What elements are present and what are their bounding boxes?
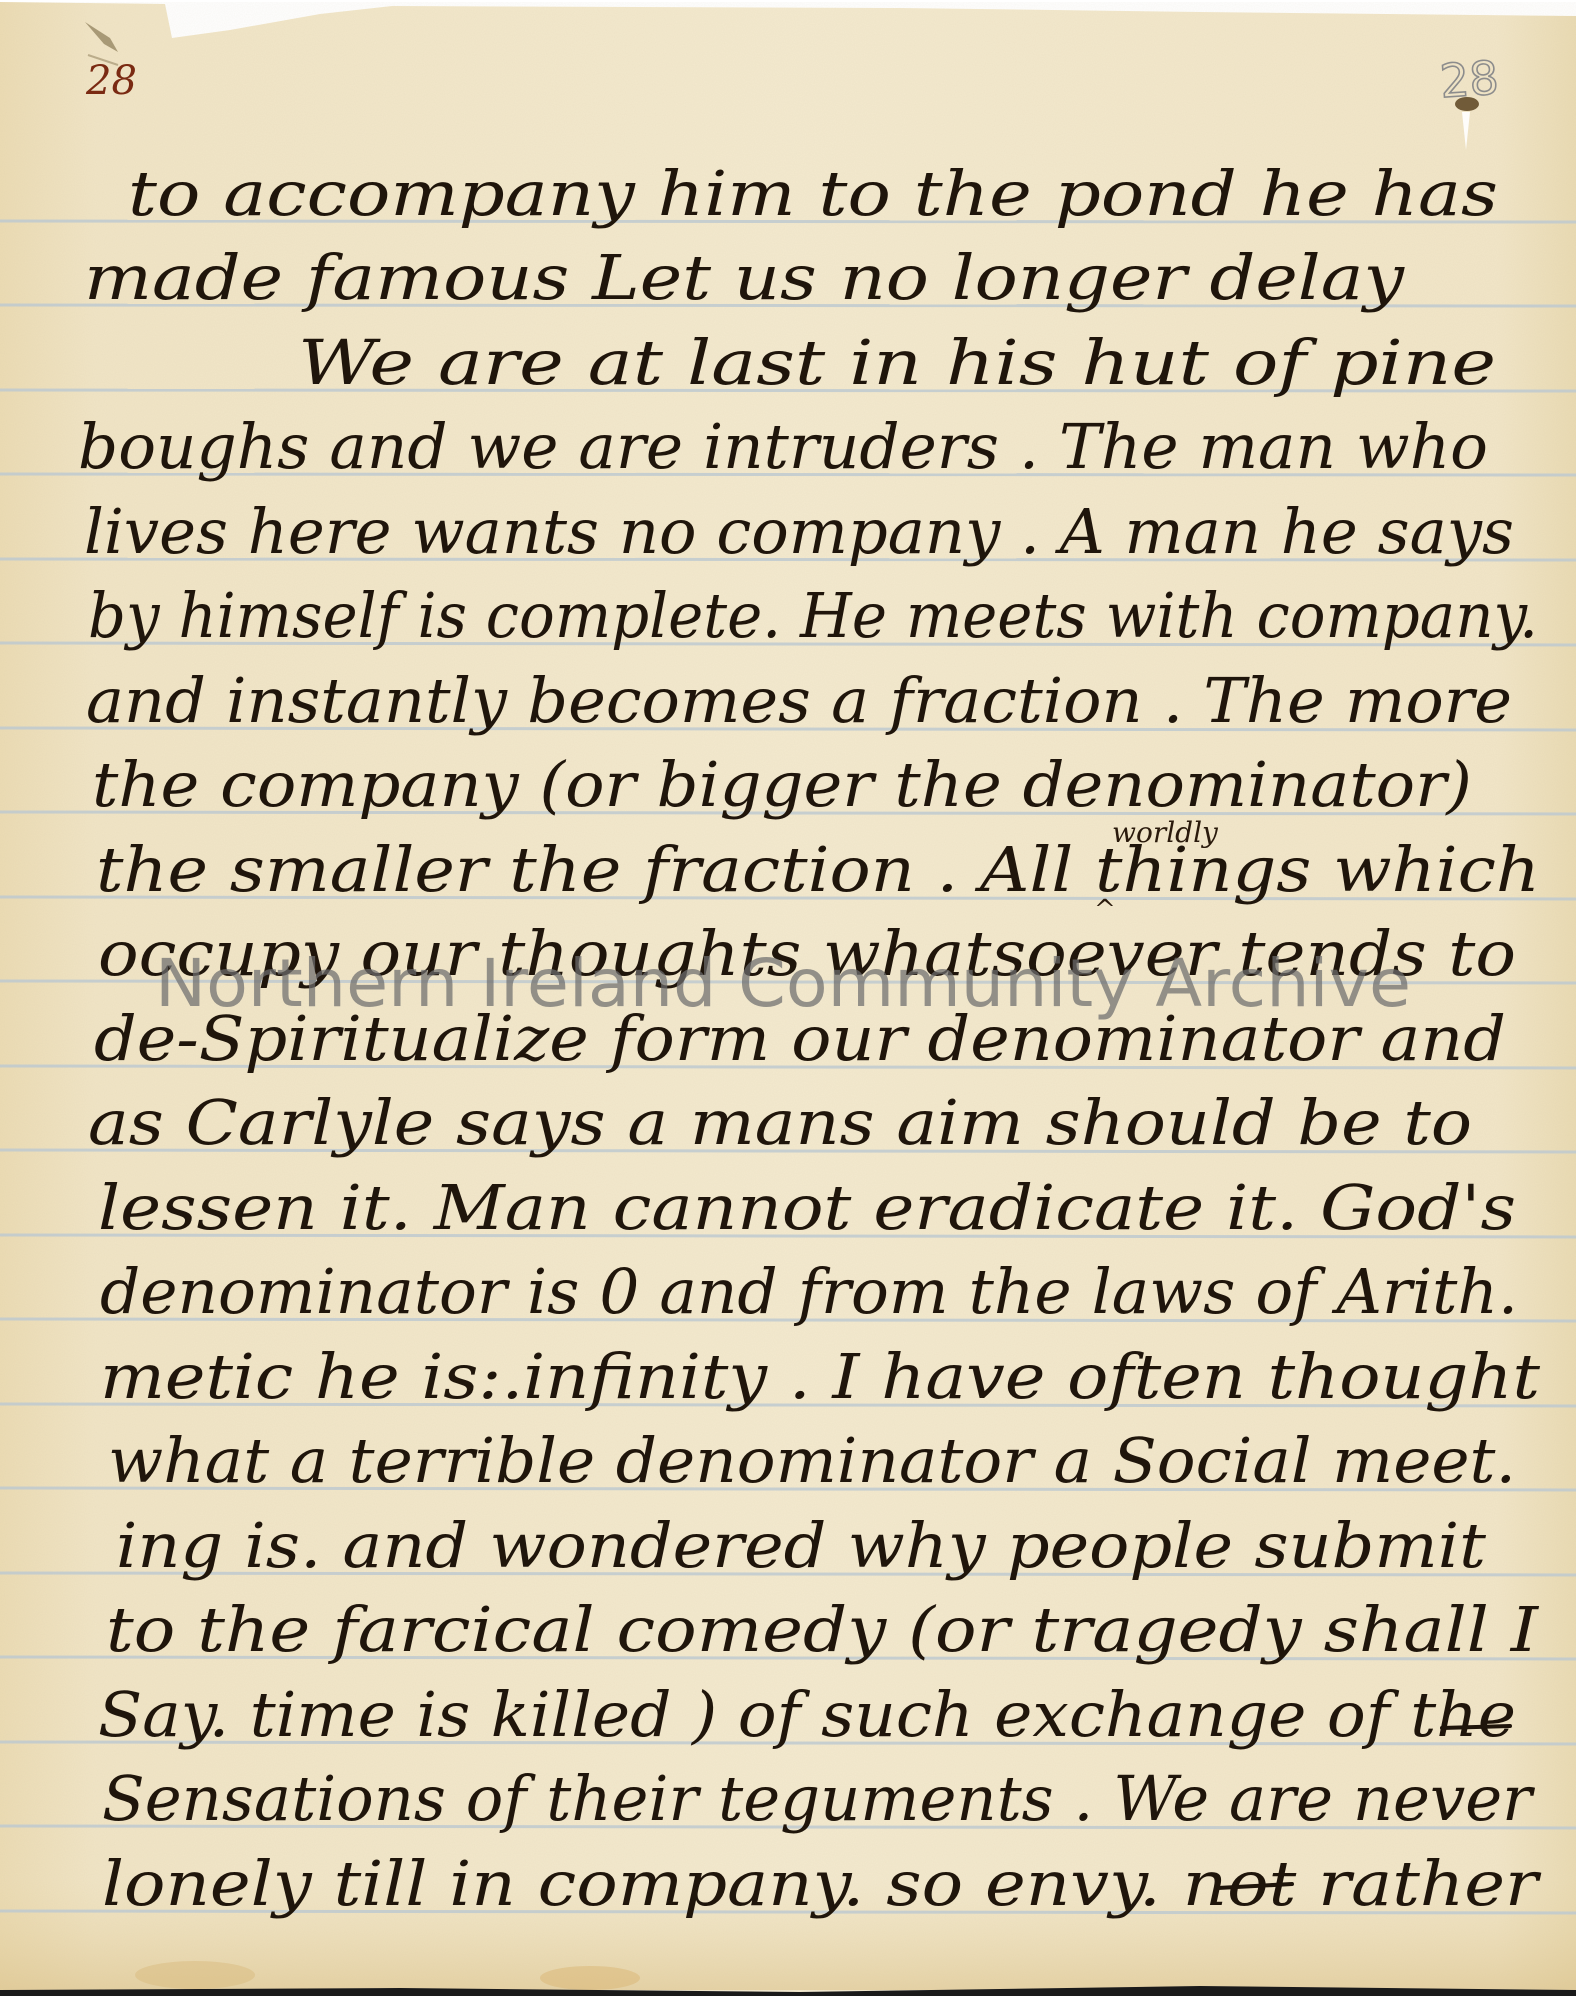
text-line-1: to accompany him to the pond he has bbox=[128, 157, 1498, 230]
handwritten-text: to accompany him to the pond he has made… bbox=[78, 157, 1542, 1920]
manuscript-page: 28 28 to accompany him to the pond he ha… bbox=[0, 0, 1576, 2000]
text-line-4: boughs and we are intruders . The man wh… bbox=[78, 410, 1488, 483]
text-line-21: lonely till in company. so envy. not rat… bbox=[102, 1847, 1542, 1920]
manuscript-paper: 28 28 to accompany him to the pond he ha… bbox=[0, 0, 1576, 2000]
text-line-17: ing is. and wondered why people submit bbox=[116, 1509, 1486, 1582]
text-line-20: Sensations of their teguments . We are n… bbox=[102, 1762, 1535, 1835]
text-line-8: the company (or bigger the denominator) bbox=[92, 748, 1472, 821]
text-line-5: lives here wants no company . A man he s… bbox=[84, 495, 1514, 568]
text-line-3: We are at last in his hut of pine bbox=[298, 326, 1496, 399]
text-line-12: as Carlyle says a mans aim should be to bbox=[88, 1086, 1472, 1159]
text-line-13: lessen it. Man cannot eradicate it. God'… bbox=[98, 1171, 1516, 1244]
text-line-14: denominator is 0 and from the laws of Ar… bbox=[100, 1255, 1518, 1328]
text-line-19: Say. time is killed ) of such exchange o… bbox=[98, 1678, 1516, 1751]
page-number-ink: 28 bbox=[85, 58, 137, 104]
insertion-caret-icon: ^ bbox=[1094, 895, 1116, 925]
text-line-6: by himself is complete. He meets with co… bbox=[88, 579, 1538, 652]
text-line-9: the smaller the fraction . All things wh… bbox=[96, 833, 1540, 906]
archive-watermark: Northern Ireland Community Archive bbox=[155, 945, 1411, 1022]
text-line-7: and instantly becomes a fraction . The m… bbox=[86, 664, 1512, 737]
text-line-15: metic he is:.infinity . I have often tho… bbox=[100, 1340, 1540, 1413]
text-line-2: made famous Let us no longer delay bbox=[84, 241, 1405, 314]
page-number-pencil: 28 bbox=[1438, 50, 1500, 108]
text-line-16: what a terrible denominator a Social mee… bbox=[108, 1424, 1516, 1497]
text-line-18: to the farcical comedy (or tragedy shall… bbox=[106, 1593, 1540, 1666]
strikethrough-the bbox=[1442, 1726, 1510, 1728]
inserted-word-worldly: worldly bbox=[1112, 816, 1219, 849]
